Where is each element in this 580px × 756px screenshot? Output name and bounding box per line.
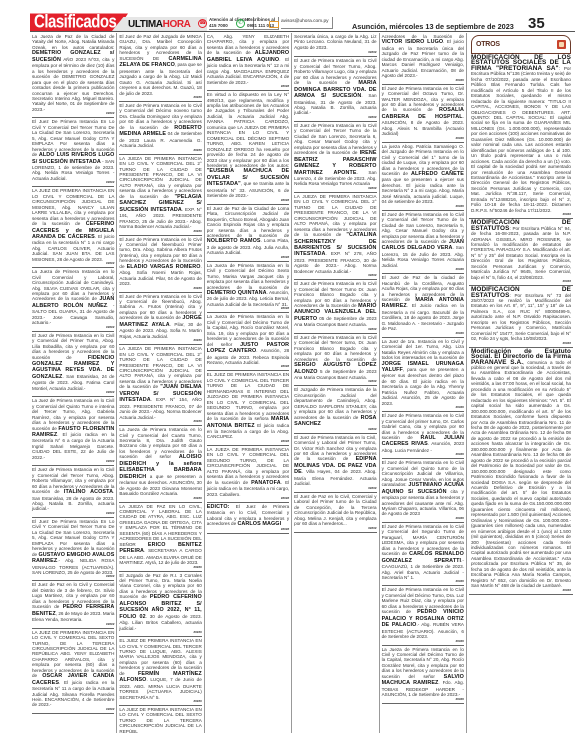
ad-code: ##### <box>294 274 376 277</box>
ad-code: ##### <box>382 205 464 208</box>
phone-icon: ☎ <box>198 19 207 28</box>
header-divider <box>30 31 575 32</box>
classified-ad: El Juez de Primera Instancia en lo Civil… <box>294 334 376 387</box>
classified-ad: En virtud a lo dispuesto en la Ley N° 49… <box>207 91 289 205</box>
page-number: 35 <box>528 15 545 32</box>
classified-ad: LA JUEZA DE PAZ EN LO CIVIL, COMERCIAL Y… <box>119 503 201 572</box>
ad-code: ##### <box>32 623 114 626</box>
ad-text-lead: LA JUEZ DE PRIMERA INSTANCIA EN LO CIVIL… <box>32 630 114 679</box>
ad-code: ##### <box>207 307 289 310</box>
ad-code: ##### <box>207 85 289 88</box>
column-3: CA, Abg. YENY ELIZABETH CHAPARRO, cita y… <box>205 33 292 733</box>
classified-ad: El Juez de Primera Instancia en lo Civil… <box>119 102 201 155</box>
page-header: Clasificados ULTIMAHORA ☎ Atención al cl… <box>0 0 580 31</box>
ad-text-tail: AÑO 2023 N°03, cita y emplaza por el tér… <box>32 57 114 112</box>
classified-ad: El Juez de Paz de la Ciudad de Loma Plat… <box>207 205 289 262</box>
classified-ad: El Juez de Primera Instancia en lo Civil… <box>382 412 464 459</box>
ad-text-lead: LA JUEZA DE PRIMERA INSTANCIA EN LO CIVI… <box>119 346 201 389</box>
ad-code: ##### <box>119 631 201 634</box>
otros-ad: Modificación de Estatuto Social. El Dire… <box>469 348 573 595</box>
classified-ad: El Juez de Primera Instancia en lo Civil… <box>382 586 464 645</box>
ad-code: ##### <box>294 187 376 190</box>
ad-code: ##### <box>294 527 376 530</box>
otros-section-header: OTROS <box>471 35 571 54</box>
ad-text-lead: La Juez de 1ra. Instancia en lo Civil y … <box>382 339 464 360</box>
classified-ad: El Juez de Primera Instancia en lo Civil… <box>32 332 114 398</box>
ad-text-lead: LA JUEZA DE PRIMERA INSTANCIA EN LO CIVI… <box>119 156 201 199</box>
ad-code: ##### <box>32 112 114 115</box>
contact-email: avisos@uhora.com.py <box>269 17 333 29</box>
ad-subject-name: ALFREDO CAÑETE <box>411 171 464 177</box>
ad-code: ##### <box>119 96 201 99</box>
otros-ad-title: MODIFICACIÓN DE LOS ESTATUTOS SOCIALES D… <box>471 54 571 72</box>
ad-code: ##### <box>119 339 201 342</box>
ad-text-lead: LA JUEZA DE PRIMERA INSTANCIA EN LO CIVI… <box>294 194 376 237</box>
ad-code: ##### <box>32 460 114 463</box>
classified-ad: El Juez de Primera Instancia en lo Civil… <box>294 280 376 334</box>
classified-ad: El Juez de Primera Instancia en lo Civil… <box>382 523 464 587</box>
ad-code: ##### <box>471 342 571 345</box>
classified-ad: LA JUEZ DE PRIMERA INSTANCIA EN LO CIVIL… <box>32 629 114 714</box>
ad-code: ##### <box>119 566 201 569</box>
ad-code: ##### <box>471 589 571 592</box>
classified-ad: LA JUEZA DE PRIMERA INSTANCIA EN LO CIVI… <box>207 446 289 503</box>
ad-code: ##### <box>382 332 464 335</box>
ad-code: ##### <box>382 453 464 456</box>
ad-text-lead: EL JUEZ DE PRIMERA INSTANCIA EN LO CIVIL… <box>207 372 289 421</box>
ad-code: ##### <box>32 708 114 711</box>
ad-code: ##### <box>207 440 289 443</box>
classified-ad: El Juez De Primera Instancia En Lo Civil… <box>32 518 114 582</box>
classified-ad: El Juez de Primera Instancia en lo Civil… <box>382 459 464 523</box>
ad-text-lead: El Juez de Paz de la Ciudad de Loma Plat… <box>207 206 289 238</box>
otros-ad: MODIFICACIÓN DE ESTATUTOS: Por Escritura… <box>469 286 573 348</box>
logo-hora: HORA <box>163 19 191 30</box>
ad-code: ##### <box>119 230 201 233</box>
classified-ad: LA JUEZA DE PRIMERA INSTANCIA EN LO CIVI… <box>294 193 376 280</box>
classified-ad: CA, Abg. YENY ELIZABETH CHAPARRO, cita y… <box>207 33 289 91</box>
classified-ad: El Juez de Primera Instancia en lo Civil… <box>119 293 201 346</box>
ad-code: ##### <box>207 199 289 202</box>
ad-code: ##### <box>32 512 114 515</box>
ad-code: ##### <box>207 528 289 531</box>
ad-code: ##### <box>471 280 571 283</box>
classified-ad: La jueza Abog. Patricia Samaniego O. del… <box>382 143 464 211</box>
whatsapp-icon: ✆ <box>236 19 245 28</box>
ad-code: ##### <box>382 406 464 409</box>
ad-text-lead: El Juez de Primera Instancia en lo Civil… <box>294 335 376 362</box>
classified-ad: La Jueza de Primera Instancia en lo Civi… <box>207 313 289 371</box>
otros-ad-body: : Por Escritura Pública N° 94, de fecha … <box>471 226 571 280</box>
ad-code: ##### <box>382 698 464 701</box>
classified-ad: La Juez de Primera Instancia en lo Civil… <box>32 397 114 466</box>
otros-ad-body: : Por Escritura N° 73 del 25/07/2023 se … <box>471 293 571 342</box>
ad-code: ##### <box>119 149 201 152</box>
ad-code: ##### <box>32 391 114 394</box>
classified-ad: El Juzgado de Primera Instancia de la Ci… <box>294 386 376 433</box>
ad-code: ##### <box>294 51 376 54</box>
classified-ad: El Juez de Paz en lo Civil y Comercial d… <box>32 581 114 628</box>
classified-ad: EL JUEZ DE PRIMERA INSTANCIA EN LO CIVIL… <box>207 371 289 445</box>
ad-text-tail: . Villa Hayes, 04 de 2023. Abog. María E… <box>294 469 376 486</box>
newspaper-logo: ULTIMAHORA <box>128 19 190 31</box>
classified-ad: El Juez De Primera Instancia En Lo Civil… <box>32 118 114 187</box>
ad-text-lead: LA JUEZA DE PAZ EN LO CIVIL, COMERCIAL Y… <box>119 504 201 547</box>
ad-text-tail: . El juicio radica en la Secretaría únic… <box>382 39 464 78</box>
ad-code: ##### <box>32 326 114 329</box>
ad-code: ##### <box>382 640 464 643</box>
ad-code: ##### <box>294 487 376 490</box>
ad-code: ##### <box>119 497 201 500</box>
classified-ad: El Juez de Paz del Juzgado de MINGA GUAZ… <box>119 33 201 102</box>
classified-ad: LA JUEZ DE PRIMERA INSTANCIA EN LO CIVIL… <box>32 187 114 268</box>
classified-ad: La Jueza de Primera Instancia en lo Civi… <box>119 426 201 502</box>
otros-ad-body: : Por Escritura Pública N°136 (Ciento tr… <box>471 66 571 213</box>
ad-code: ##### <box>382 517 464 520</box>
ad-code: ##### <box>382 268 464 271</box>
classified-ad: La Jueza de Primera Instancia en lo Civi… <box>32 268 114 332</box>
column-1: La Jueza de Paz de la Ciudad de Yataity … <box>30 33 117 733</box>
ad-text-lead: Secretaría única, a cargo de la Abg. Liz… <box>294 34 376 50</box>
otros-ad: MODIFICACIÓN DE LOS ESTATUTOS SOCIALES D… <box>469 54 573 219</box>
otros-ads: MODIFICACIÓN DE LOS ESTATUTOS SOCIALES D… <box>469 54 573 595</box>
ad-code: ##### <box>119 287 201 290</box>
ad-code: ##### <box>119 700 201 703</box>
ad-subject-name-2: CARLOS MAGGI <box>237 521 281 527</box>
ad-subject-name: EDICTO: <box>207 504 230 510</box>
ad-text-tail: para que se presenten a ejercer sus dere… <box>382 177 464 204</box>
ad-code: ##### <box>294 380 376 383</box>
ad-code: ##### <box>294 328 376 331</box>
category-icon <box>557 40 566 49</box>
ad-text-lead: LA JUEZ DE PRIMERA INSTANCIA EN LO CIVIL… <box>119 707 201 733</box>
section-title: Clasificados <box>30 14 128 32</box>
classified-ad: Acreedores de la Sucesión de VICTOR ISID… <box>382 33 464 85</box>
ad-code: ##### <box>207 365 289 368</box>
otros-label: OTROS <box>476 41 500 48</box>
ad-text-tail: , para que se presenten a ejercer sus de… <box>382 367 464 406</box>
ad-code: ##### <box>32 262 114 265</box>
classified-ad: El Juez de Primera Instancia en lo Civil… <box>294 57 376 122</box>
ad-subject-name: PANATOFA <box>251 480 281 486</box>
classifieds-columns: La Jueza de Paz de la Ciudad de Yataity … <box>30 33 575 733</box>
ad-code: ##### <box>294 428 376 431</box>
ad-code: ##### <box>119 420 201 423</box>
contact-email-address: avisos@uhora.com.py <box>281 17 333 29</box>
classified-ad: El Juez de Primera Instancia en lo Civil… <box>382 85 464 143</box>
classified-ad: EL JUEZ DE PRIMERA INSTANCIA EN LO CIVIL… <box>119 637 201 706</box>
classified-ad: La Juez de 1ra. Instancia en lo Civil y … <box>382 338 464 412</box>
ad-code: ##### <box>382 137 464 140</box>
ad-code: ##### <box>32 575 114 578</box>
classified-ad: La Jueza de Paz de la Ciudad de Yataity … <box>32 33 114 118</box>
ad-subject-name: ITALINO ACOSTA <box>64 489 113 495</box>
column-2: El Juez de Paz del Juzgado de MINGA GUAZ… <box>117 33 204 733</box>
ad-code: ##### <box>471 213 571 216</box>
classified-ad: El Juez de Paz en lo Civil, Comercial y … <box>294 493 376 534</box>
ad-text-lead: El Juez de Paz en lo Civil, Comercial y … <box>294 494 376 526</box>
classified-ad: La Jueza de Primera Instancia en lo Civi… <box>207 262 289 314</box>
ad-subject-name: DEMETRIO QUINTANA <box>207 290 267 296</box>
ad-subject-name: VICTOR ISIDRO LUGO <box>382 39 444 45</box>
envelope-icon <box>269 21 279 28</box>
classified-ad: LA JUEZA DE PRIMERA INSTANCIA EN LO CIVI… <box>119 155 201 236</box>
classified-ad: El Juzgado de Paz de R.I. 3 Corrales del… <box>119 572 201 638</box>
ad-subject-name: NOLBERTO RAMOS <box>207 238 261 244</box>
otros-ad: MODIFICACIÓN DE ESTATUTOS: Por Escritura… <box>469 219 573 286</box>
classified-ad: El Juez de Primera Instancia en lo Civil… <box>294 434 376 493</box>
ad-text-lead: La Jueza de Primera Instancia en lo Civi… <box>207 263 289 290</box>
ad-subject-name: ELADIO VARGAS ROMERO <box>127 264 201 270</box>
column-4: Secretaría única, a cargo de la Abg. Liz… <box>292 33 379 733</box>
dateline: Asunción, miércoles 13 de septiembre de … <box>352 22 514 31</box>
ad-code: ##### <box>294 116 376 119</box>
classified-ad: El Juez de Primera Instancia en lo Civil… <box>119 236 201 293</box>
ad-code: ##### <box>382 79 464 82</box>
ad-code: ##### <box>382 580 464 583</box>
ad-text-lead: La Jueza de Paz de la Ciudad de Yataity … <box>32 34 114 50</box>
column-5: Acreedores de la Sucesión de VICTOR ISID… <box>380 33 467 733</box>
ad-text-lead: En virtud a lo dispuesto en la Ley N° 49… <box>207 92 289 168</box>
classified-ad: El Juez de Primera Instancia en lo Civil… <box>382 211 464 275</box>
column-otros: OTROS MODIFICACIÓN DE LOS ESTATUTOS SOCI… <box>467 33 575 733</box>
classified-ad: Secretaría única, a cargo de la Abg. Liz… <box>294 33 376 57</box>
classified-ad: LA JUEZA DE PRIMERA INSTANCIA EN LO CIVI… <box>119 345 201 426</box>
ad-code: ##### <box>207 256 289 259</box>
classified-ad: El Juez de Paz de la ciudad de Hacunbú d… <box>382 274 464 338</box>
classified-ad: La Jueza de Primera Instancia en lo Civi… <box>382 646 464 704</box>
classified-ad: LA JUEZ DE PRIMERA INSTANCIA EN LO CIVIL… <box>119 706 201 733</box>
classified-ad: El Juez de Primera Instancia en lo Civil… <box>294 122 376 193</box>
ad-code: ##### <box>207 497 289 500</box>
logo-ultima: ULTIMA <box>128 19 163 30</box>
otros-ad-body: , comunica a todo el público en general … <box>471 360 571 589</box>
ad-code: ##### <box>32 181 114 184</box>
classified-ad: El Juez de Primera Instancia en lo Civil… <box>32 466 114 518</box>
classified-ad: EDICTO: El Juez de Primera Instancia en … <box>207 503 289 534</box>
ad-text-lead: Acreedores de la Sucesión de <box>382 34 464 39</box>
